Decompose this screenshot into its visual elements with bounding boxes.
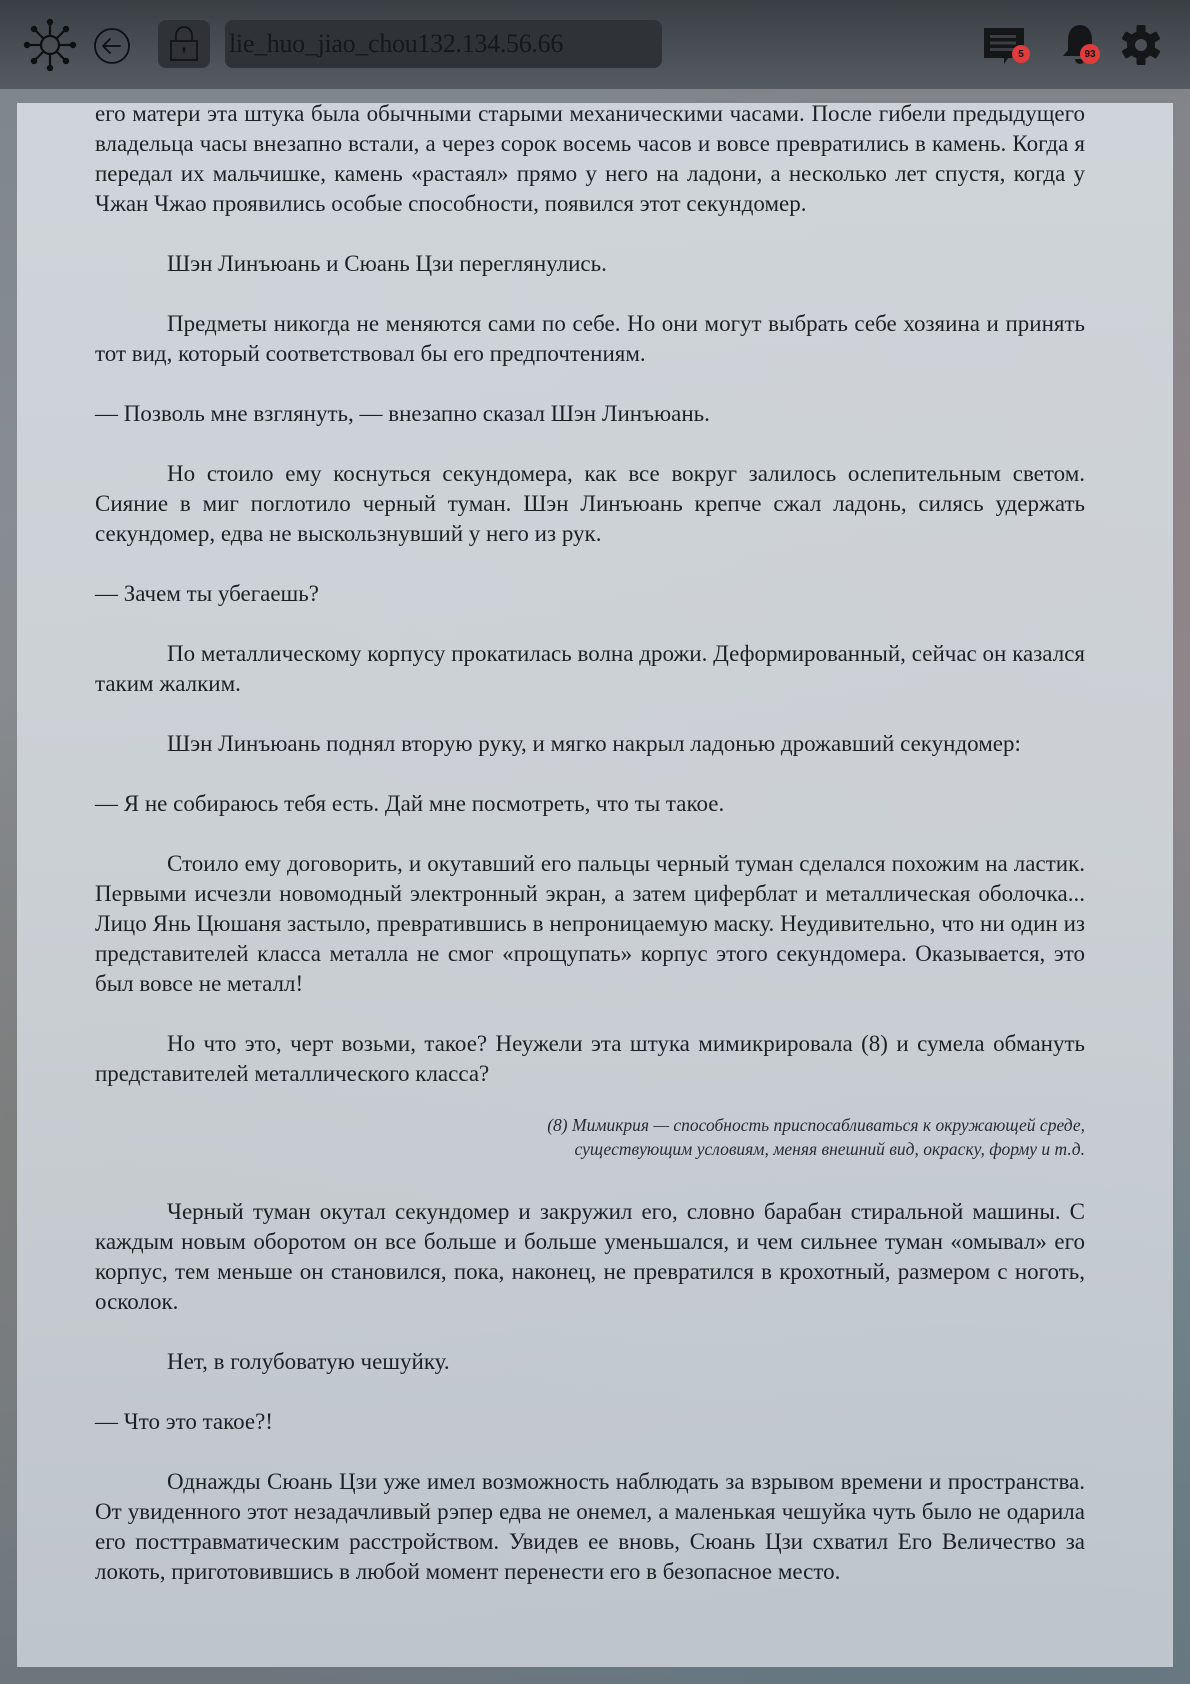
paragraph: Предметы никогда не меняются сами по себ… xyxy=(95,309,1085,369)
paragraph: Шэн Линъюань и Сюань Цзи переглянулись. xyxy=(95,249,1085,279)
paragraph: Но что это, черт возьми, такое? Неужели … xyxy=(95,1029,1085,1089)
notifications-badge: 93 xyxy=(1080,44,1100,64)
paragraph: По металлическому корпусу прокатилась во… xyxy=(95,639,1085,699)
address-text: lie_huo_jiao_chou132.134.56.66 xyxy=(229,29,563,59)
paragraph: — Что это такое?! xyxy=(95,1407,1085,1437)
paragraph: Но стоило ему коснуться секундомера, как… xyxy=(95,459,1085,549)
paragraph: — Зачем ты убегаешь? xyxy=(95,579,1085,609)
footnote: (8) Мимикрия — способность приспосаблива… xyxy=(95,1113,1085,1161)
document-page: его матери эта штука была обычными стары… xyxy=(17,103,1173,1667)
paragraph: его матери эта штука была обычными стары… xyxy=(95,103,1085,219)
back-arrow-icon[interactable] xyxy=(92,26,132,66)
toolbar-right: 5 93 xyxy=(950,0,1190,89)
document-content: его матери эта штука была обычными стары… xyxy=(95,103,1085,1617)
paragraph: Черный туман окутал секундомер и закружи… xyxy=(95,1197,1085,1317)
lock-icon xyxy=(167,25,201,63)
paragraph: — Позволь мне взглянуть, — внезапно сказ… xyxy=(95,399,1085,429)
footnote-line-1: (8) Мимикрия — способность приспосаблива… xyxy=(95,1113,1085,1137)
paragraph: Шэн Линъюань поднял вторую руку, и мягко… xyxy=(95,729,1085,759)
paragraph: Стоило ему договорить, и окутавший его п… xyxy=(95,849,1085,999)
gear-icon[interactable] xyxy=(1120,24,1162,66)
footnote-line-2: существующим условиям, меняя внешний вид… xyxy=(95,1137,1085,1161)
address-bar[interactable]: lie_huo_jiao_chou132.134.56.66 xyxy=(225,20,662,68)
paragraph: Однажды Сюань Цзи уже имел возможность н… xyxy=(95,1467,1085,1587)
messages-badge: 5 xyxy=(1012,45,1030,63)
network-icon[interactable] xyxy=(22,17,78,73)
lock-button[interactable] xyxy=(158,20,210,68)
paragraph: Нет, в голубоватую чешуйку. xyxy=(95,1347,1085,1377)
paragraph: — Я не собираюсь тебя есть. Дай мне посм… xyxy=(95,789,1085,819)
top-bar: lie_huo_jiao_chou132.134.56.66 5 93 xyxy=(0,0,1190,89)
